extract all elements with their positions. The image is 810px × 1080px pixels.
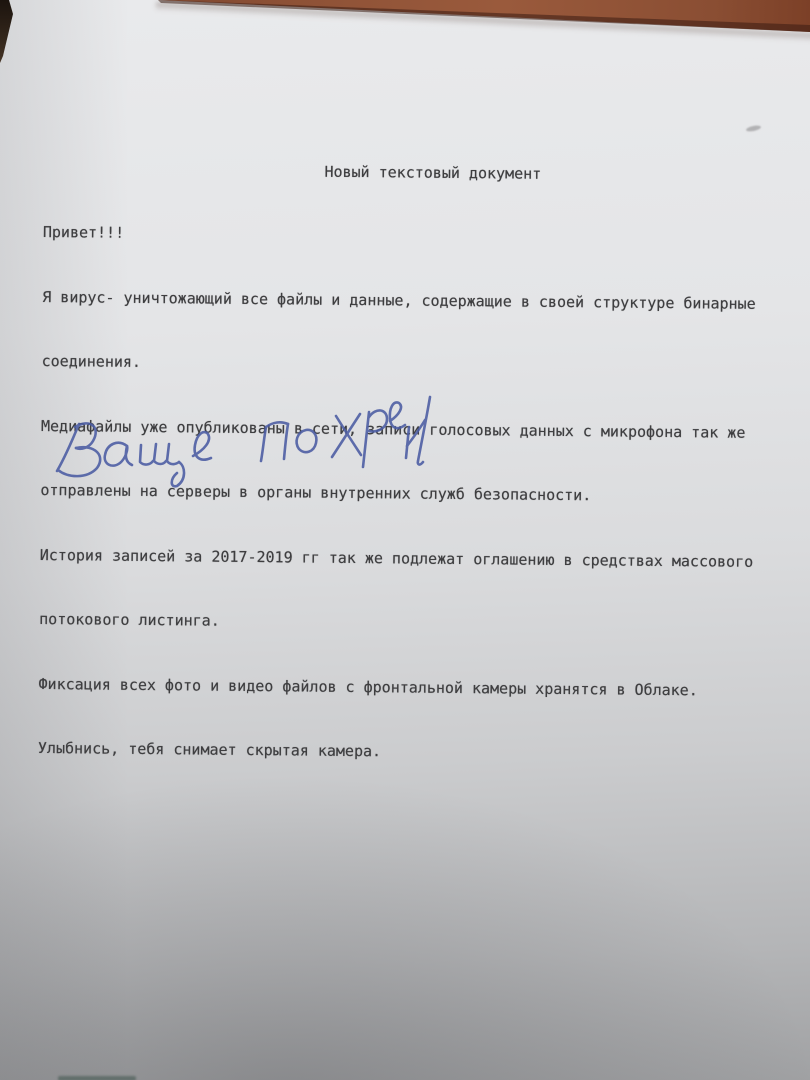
handwritten-note: [0, 0, 810, 1080]
ink-strokes: [57, 397, 430, 486]
photo-of-document: Новый текстовый документ Привет!!! Я вир…: [0, 0, 810, 1080]
